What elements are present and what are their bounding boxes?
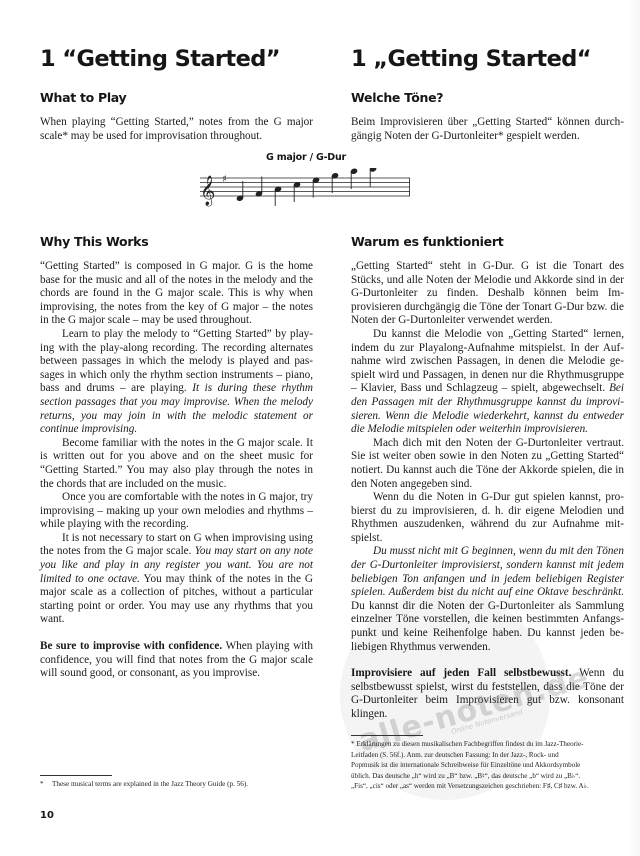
g-major-scale-example: G major / G-Dur 𝄞 ♯ [200,152,450,212]
bold-text: Improvisiere auf jeden Fall selbstbewuss… [351,667,571,679]
italic-text: Du musst nicht mit G beginnen, wenn du m… [351,545,624,598]
paragraph: „Getting Started“ steht in G-Dur. G ist … [351,260,624,328]
footnote-line: * Erklärungen zu diesen musikalischen Fa… [351,739,626,750]
intro-paragraph-en: When playing “Getting Started,” notes fr… [40,116,313,143]
footnote-mark: * [40,780,52,789]
section-heading-why-this-works: Why This Works [40,234,148,249]
footnote-divider-de [351,735,423,736]
text-run: Du kannst dir die Noten der G-Durtonleit… [351,600,624,653]
page-number: 10 [40,810,54,821]
body-text-de: „Getting Started“ steht in G-Dur. G ist … [351,260,624,722]
footnote-line: Popmusik ist die internationale Schreibw… [351,760,626,771]
footnote-line: „Fis“, „cis“ oder „as“ werden mit Verset… [351,781,626,792]
svg-text:𝄞: 𝄞 [200,175,215,207]
paragraph: It is not necessary to start on G when i… [40,532,313,627]
section-heading-welche-toene: Welche Töne? [351,90,443,105]
footnote-line: üblich. Das deutsche „h“ wird zu „B“ bzw… [351,771,626,782]
chapter-title-en: 1 “Getting Started” [40,46,280,72]
page-edge-shadow [628,0,640,856]
footnote-divider-en [40,775,112,776]
paragraph: Mach dich mit den Noten der G-Durtonleit… [351,437,624,491]
paragraph: “Getting Started” is composed in G major… [40,260,313,328]
paragraph: Wenn du die Noten in G-Dur gut spielen k… [351,491,624,545]
footnote-en: *These musical terms are explained in th… [40,780,340,789]
svg-text:♯: ♯ [222,174,227,185]
paragraph: Once you are comfortable with the notes … [40,491,313,532]
footnote-line: Leitfaden (S. 56f.). Anm. zur deutschen … [351,750,626,761]
paragraph: Du kannst die Melodie von „Getting Start… [351,328,624,437]
bold-text: Be sure to improvise with confidence. [40,640,222,652]
footnote-text: These musical terms are explained in the… [52,780,248,788]
section-heading-warum-es-funktioniert: Warum es funktioniert [351,234,503,249]
chapter-title-de: 1 „Getting Started“ [351,46,591,72]
intro-paragraph-de: Beim Improvisieren über „Getting Started… [351,116,624,143]
paragraph: Learn to play the melody to “Getting Sta… [40,328,313,437]
music-staff-icon: 𝄞 ♯ [200,168,450,212]
text-run: Du kannst die Melodie von „Getting Start… [351,328,624,394]
section-heading-what-to-play: What to Play [40,90,126,105]
footnote-de: * Erklärungen zu diesen musikalischen Fa… [351,739,626,792]
music-example-title: G major / G-Dur [266,152,346,163]
paragraph: Be sure to improvise with confidence. Wh… [40,640,313,681]
body-text-en: “Getting Started” is composed in G major… [40,260,313,681]
paragraph: Become familiar with the notes in the G … [40,437,313,491]
paragraph: Du musst nicht mit G beginnen, wenn du m… [351,545,624,654]
book-page: 1 “Getting Started” What to Play When pl… [0,0,640,856]
paragraph: Improvisiere auf jeden Fall selbstbewuss… [351,667,624,721]
